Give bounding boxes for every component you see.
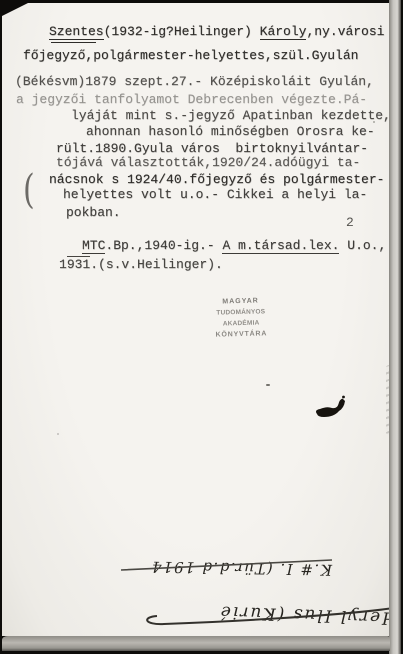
typed-line: helyettes volt u.o.- Cikkei a helyi la- — [63, 187, 367, 202]
paper-speck — [373, 121, 375, 123]
typed-text: (1932-ig?Heilinger) — [104, 24, 260, 39]
ink-blot — [314, 394, 348, 424]
typed-line: a jegyzői tanfolyamot Debrecenben végezt… — [16, 92, 367, 107]
typed-text: .Bp.,1940-ig.- — [105, 238, 222, 253]
page-number: 2 — [346, 215, 354, 230]
cross-out-stroke — [118, 557, 336, 575]
scan-right-edge — [389, 0, 401, 654]
cross-out-stroke-with-loop — [132, 599, 398, 631]
typed-text: lyáját mint s.-jegyző Apatinban kezdette… — [71, 108, 391, 123]
abbrev-underlined: MTC — [82, 238, 105, 254]
typed-line: főjegyző,polgármester-helyettes,szül.Gyu… — [23, 48, 358, 63]
typed-text: ,ny.városi — [306, 24, 384, 39]
typed-text: nácsnok s 1924/40.főjegyző és polgármest… — [49, 172, 384, 187]
typed-line: (Békésvm)1879 szept.27.- Középiskoláit G… — [15, 74, 374, 89]
typed-text: .(s.v.Heilinger). — [90, 257, 223, 272]
lexicon-title-underlined: A m.társad.lex. — [222, 238, 339, 254]
typed-text-overlined: 931 — [67, 257, 90, 272]
scanned-document: Szentes(1932-ig?Heilinger) Károly,ny.vár… — [0, 0, 403, 654]
margin-parenthesis-mark: ( — [23, 167, 35, 213]
typed-line: ahonnan hasonló minőségben Orosra ke- — [86, 124, 375, 139]
typed-line: nácsnok s 1924/40.főjegyző és polgármest… — [49, 172, 384, 187]
typed-text: a jegyzői tanfolyamot Debrecenben végezt… — [16, 92, 367, 107]
typed-text: 1 — [59, 257, 67, 272]
paper-speck — [57, 433, 59, 435]
typed-line: rült.1890.Gyula város birtoknyilvántar- — [56, 141, 368, 156]
typed-text: rült.1890.Gyula város birtoknyilvántar- — [56, 141, 368, 156]
typed-text: tójává választották,1920/24.adóügyi ta- — [56, 155, 360, 170]
stamp-line: KÖNYVTÁRA — [199, 328, 283, 341]
typed-text: főjegyző,polgármester-helyettes,szül.Gyu… — [23, 48, 358, 63]
typed-line-bibliography: MTC.Bp.,1940-ig.- A m.társad.lex. U.o., — [82, 238, 386, 253]
surname-underlined: Szentes — [49, 24, 104, 40]
card-bottom-torn-edge — [2, 636, 390, 651]
paper-speck — [266, 384, 270, 386]
typed-line: tójává választották,1920/24.adóügyi ta- — [56, 155, 360, 170]
typed-text: pokban. — [66, 205, 121, 220]
stamp-line: TUDOMÁNYOS AKADÉMIA — [199, 306, 284, 330]
firstname-underlined: Károly — [260, 24, 307, 40]
typed-text: ahonnan hasonló minőségben Orosra ke- — [86, 124, 375, 139]
typed-line: Szentes(1932-ig?Heilinger) Károly,ny.vár… — [49, 24, 384, 39]
typed-text: U.o., — [339, 238, 386, 253]
library-stamp: MAGYAR TUDOMÁNYOS AKADÉMIA KÖNYVTÁRA — [198, 296, 283, 341]
index-card: Szentes(1932-ig?Heilinger) Károly,ny.vár… — [2, 3, 389, 636]
typed-line-bibliography: 1931.(s.v.Heilinger). — [59, 257, 223, 272]
typed-line: pokban. — [66, 205, 121, 220]
typed-text: (Békésvm)1879 szept.27.- Középiskoláit G… — [15, 74, 374, 89]
typed-text: helyettes volt u.o.- Cikkei a helyi la- — [63, 187, 367, 202]
typed-line: lyáját mint s.-jegyző Apatinban kezdette… — [71, 108, 391, 123]
